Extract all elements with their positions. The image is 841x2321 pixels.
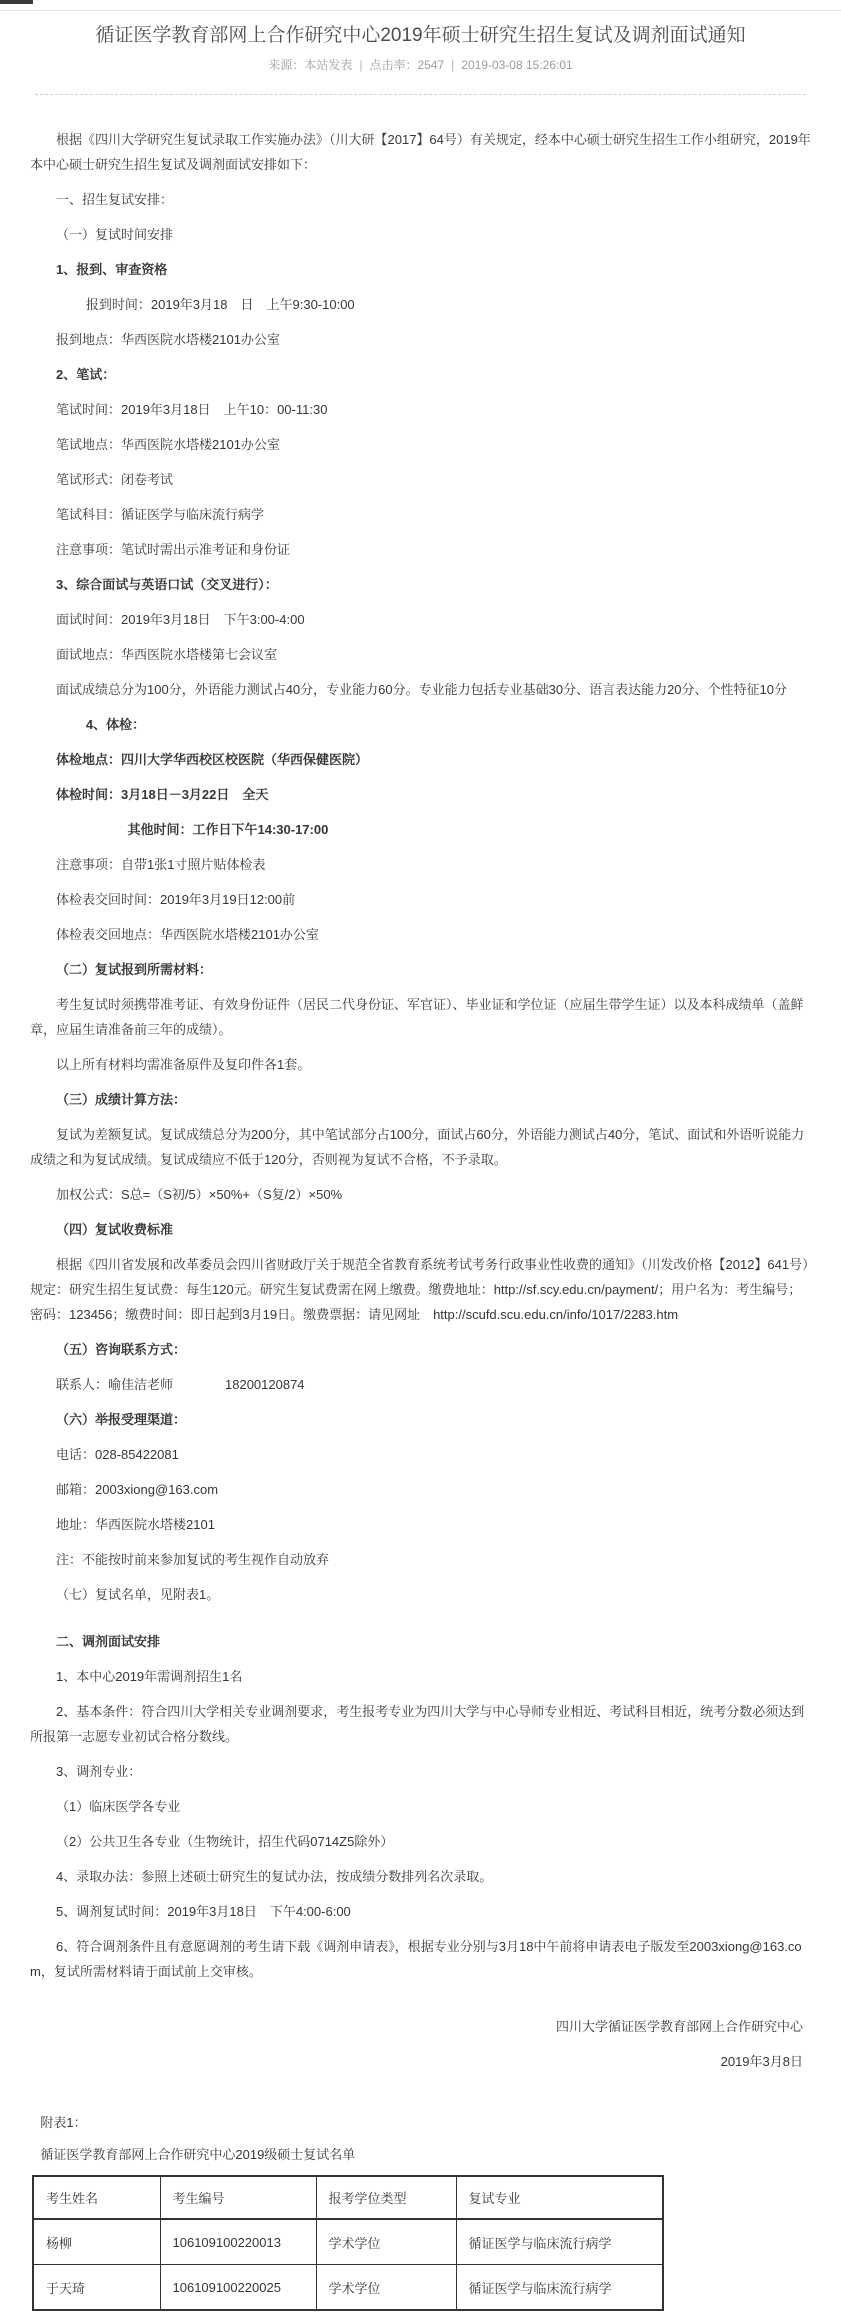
paragraph: 注意事项：笔试时需出示准考证和身份证 <box>30 537 811 562</box>
paragraph: 笔试科目：循证医学与临床流行病学 <box>30 502 811 527</box>
paragraph: 2、笔试： <box>30 362 811 387</box>
table-cell: 106109100220025 <box>160 2265 316 2311</box>
table-cell: 学术学位 <box>316 2265 456 2311</box>
paragraph: 以上所有材料均需准备原件及复印件各1套。 <box>30 1052 811 1077</box>
paragraph: 考生复试时须携带准考证、有效身份证件（居民二代身份证、军官证）、毕业证和学位证（… <box>30 992 811 1042</box>
meta-views: 点击率：2547 <box>369 58 444 72</box>
paragraph: 邮箱：2003xiong@163.com <box>30 1477 811 1502</box>
paragraph: 笔试地点：华西医院水塔楼2101办公室 <box>30 432 811 457</box>
paragraph: 注：不能按时前来参加复试的考生视作自动放弃 <box>30 1547 811 1572</box>
table-cell: 106109100220013 <box>160 2219 316 2265</box>
table-cell: 循证医学与临床流行病学 <box>456 2219 663 2265</box>
paragraph: 复试为差额复试。复试成绩总分为200分，其中笔试部分占100分，面试占60分，外… <box>30 1122 811 1172</box>
paragraph: 面试地点：华西医院水塔楼第七会议室 <box>30 642 811 667</box>
paragraph: （1）临床医学各专业 <box>30 1794 811 1819</box>
paragraph: 四川大学循证医学教育部网上合作研究中心 <box>30 2014 811 2039</box>
article-meta: 来源：本站发表|点击率：2547|2019-03-08 15:26:01 <box>0 58 841 72</box>
paragraph: 4、录取办法：参照上述硕士研究生的复试办法，按成绩分数排列名次录取。 <box>30 1864 811 1889</box>
paragraph: 报到地点：华西医院水塔楼2101办公室 <box>30 327 811 352</box>
top-strip <box>0 0 841 11</box>
page-title: 循证医学教育部网上合作研究中心2019年硕士研究生招生复试及调剂面试通知 <box>50 23 791 49</box>
paragraph: 体检表交回地点：华西医院水塔楼2101办公室 <box>30 922 811 947</box>
shortlist-table-head: 考生姓名考生编号报考学位类型复试专业 <box>33 2176 663 2219</box>
paragraph: 根据《四川省发展和改革委员会四川省财政厅关于规范全省教育系统考试考务行政事业性收… <box>30 1252 811 1327</box>
attachment-caption: 循证医学教育部网上合作研究中心2019级硕士复试名单 <box>30 2142 811 2167</box>
paragraph: 体检表交回时间：2019年3月19日12:00前 <box>30 887 811 912</box>
table-header-cell: 考生姓名 <box>33 2176 160 2219</box>
shortlist-table: 考生姓名考生编号报考学位类型复试专业 杨柳106109100220013学术学位… <box>32 2175 664 2311</box>
table-header-cell: 考生编号 <box>160 2176 316 2219</box>
paragraph: （2）公共卫生各专业（生物统计，招生代码0714Z5除外） <box>30 1829 811 1854</box>
paragraph: 报到时间：2019年3月18 日 上午9:30-10:00 <box>30 292 811 317</box>
paragraph: 二、调剂面试安排 <box>30 1629 811 1654</box>
table-cell: 于天琦 <box>33 2265 160 2311</box>
meta-datetime: 2019-03-08 15:26:01 <box>461 58 572 72</box>
meta-source: 来源：本站发表 <box>268 58 352 72</box>
shortlist-table-body: 杨柳106109100220013学术学位循证医学与临床流行病学于天琦10610… <box>33 2219 663 2310</box>
notice-page: 循证医学教育部网上合作研究中心2019年硕士研究生招生复试及调剂面试通知 来源：… <box>0 0 841 2321</box>
paragraph: （六）举报受理渠道： <box>30 1407 811 1432</box>
paragraph: （七）复试名单，见附表1。 <box>30 1582 811 1607</box>
paragraph: 加权公式：S总=（S初/5）×50%+（S复/2）×50% <box>30 1182 811 1207</box>
attachment-label: 附表1： <box>30 2110 811 2135</box>
paragraph: 面试成绩总分为100分，外语能力测试占40分，专业能力60分。专业能力包括专业基… <box>30 677 811 702</box>
paragraph: 2019年3月8日 <box>30 2049 811 2074</box>
paragraph: 地址：华西医院水塔楼2101 <box>30 1512 811 1537</box>
table-row: 于天琦106109100220025学术学位循证医学与临床流行病学 <box>33 2265 663 2311</box>
paragraph: 电话：028-85422081 <box>30 1442 811 1467</box>
table-header-cell: 报考学位类型 <box>316 2176 456 2219</box>
paragraph: 注意事项：自带1张1寸照片贴体检表 <box>30 852 811 877</box>
table-cell: 循证医学与临床流行病学 <box>456 2265 663 2311</box>
paragraph: （二）复试报到所需材料： <box>30 957 811 982</box>
paragraph: 其他时间：工作日下午14:30-17:00 <box>30 817 811 842</box>
article-body: 根据《四川大学研究生复试录取工作实施办法》（川大研【2017】64号）有关规定，… <box>0 95 841 2311</box>
table-cell: 杨柳 <box>33 2219 160 2265</box>
paragraph: （四）复试收费标准 <box>30 1217 811 1242</box>
paragraph: （一）复试时间安排 <box>30 222 811 247</box>
paragraph: 笔试时间：2019年3月18日 上午10：00-11:30 <box>30 397 811 422</box>
paragraph: 体检地点：四川大学华西校区校医院（华西保健医院） <box>30 747 811 772</box>
paragraph: 3、综合面试与英语口试（交叉进行）： <box>30 572 811 597</box>
paragraph: 根据《四川大学研究生复试录取工作实施办法》（川大研【2017】64号）有关规定，… <box>30 127 811 177</box>
paragraph: 6、符合调剂条件且有意愿调剂的考生请下载《调剂申请表》，根据专业分别与3月18中… <box>30 1934 811 1984</box>
paragraph: 体检时间：3月18日－3月22日 全天 <box>30 782 811 807</box>
paragraph: 联系人：喻佳洁老师 18200120874 <box>30 1372 811 1397</box>
table-header-row: 考生姓名考生编号报考学位类型复试专业 <box>33 2176 663 2219</box>
top-left-bar <box>0 0 33 4</box>
meta-separator: | <box>451 58 454 72</box>
meta-separator: | <box>359 58 362 72</box>
table-cell: 学术学位 <box>316 2219 456 2265</box>
paragraph: 3、调剂专业： <box>30 1759 811 1784</box>
table-header-cell: 复试专业 <box>456 2176 663 2219</box>
paragraph: 笔试形式：闭卷考试 <box>30 467 811 492</box>
paragraph: 5、调剂复试时间：2019年3月18日 下午4:00-6:00 <box>30 1899 811 1924</box>
table-row: 杨柳106109100220013学术学位循证医学与临床流行病学 <box>33 2219 663 2265</box>
paragraph: （三）成绩计算方法： <box>30 1087 811 1112</box>
paragraph: 一、招生复试安排： <box>30 187 811 212</box>
paragraph: （五）咨询联系方式： <box>30 1337 811 1362</box>
paragraph: 1、本中心2019年需调剂招生1名 <box>30 1664 811 1689</box>
paragraph: 面试时间：2019年3月18日 下午3:00-4:00 <box>30 607 811 632</box>
paragraph: 1、报到、审查资格 <box>30 257 811 282</box>
paragraph: 2、基本条件：符合四川大学相关专业调剂要求，考生报考专业为四川大学与中心导师专业… <box>30 1699 811 1749</box>
paragraph: 4、体检： <box>30 712 811 737</box>
